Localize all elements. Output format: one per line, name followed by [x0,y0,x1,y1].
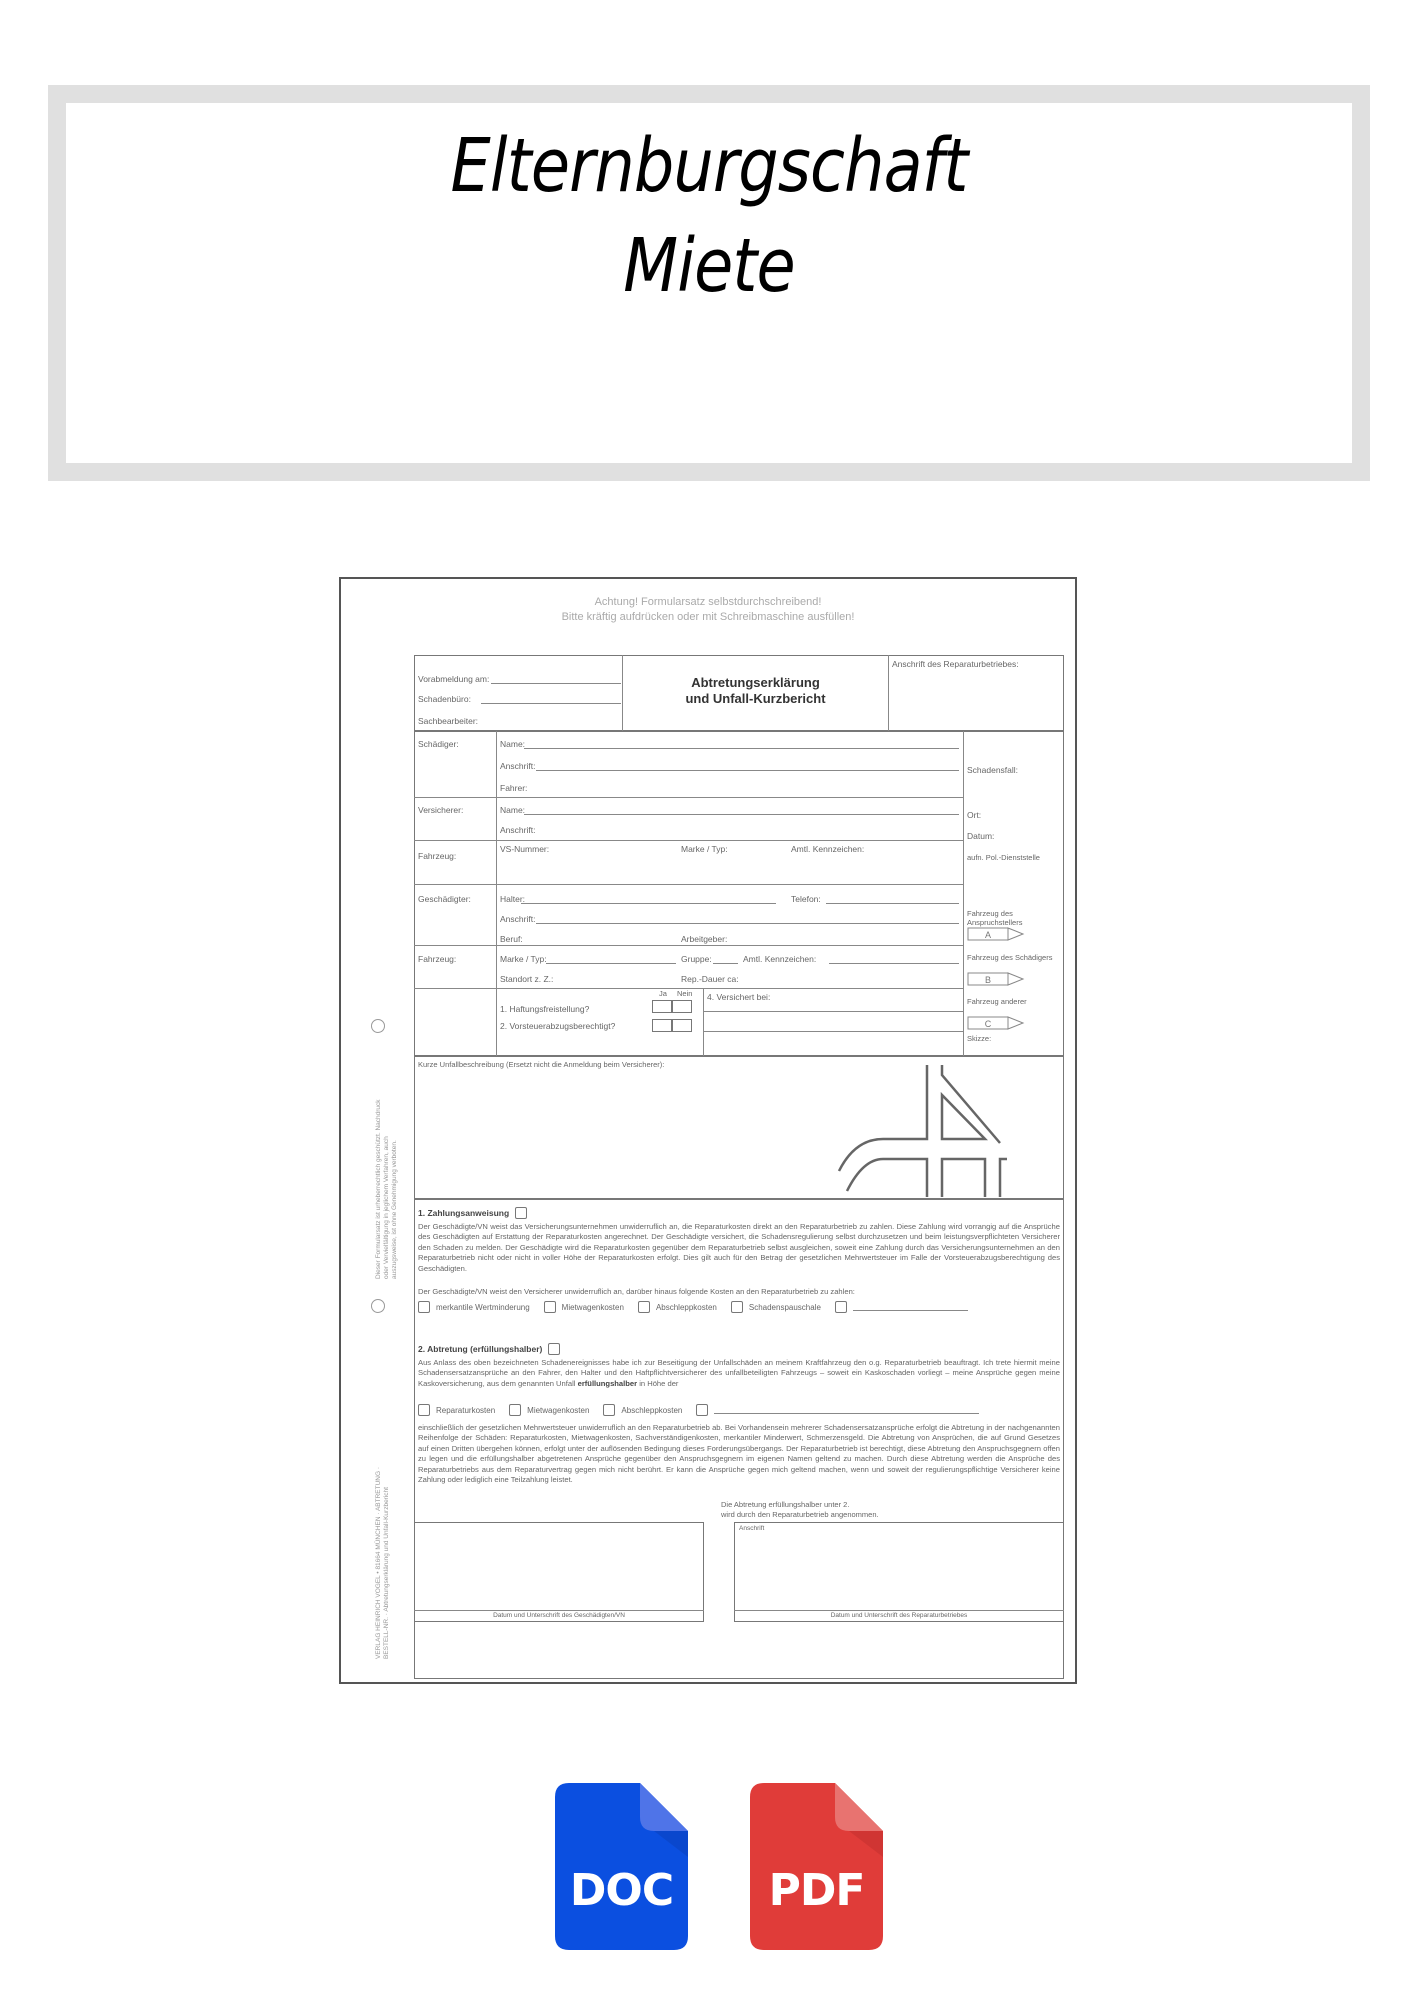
versicherer-label: Versicherer: [418,805,463,815]
option-checkbox[interactable] [696,1404,708,1416]
standort-label: Standort z. Z.: [500,974,553,984]
anschrift-label: Anschrift: [500,914,535,924]
side-publisher-text: VERLAG HEINRICH VOGEL • 81664 MÜNCHEN · … [375,1439,391,1659]
section-2-text: Aus Anlass des oben bezeichneten Schaden… [418,1358,1060,1389]
signature-box-right[interactable] [734,1522,1064,1622]
anschrift-reparatur-label: Anschrift des Reparaturbetriebes: [892,659,1019,669]
section-1-text-2: Der Geschädigte/VN weist den Versicherer… [418,1287,1060,1297]
rep-dauer-label: Rep.-Dauer ca: [681,974,739,984]
name-label: Name: [500,805,525,815]
section-1-text: Der Geschädigte/VN weist das Versicherun… [418,1222,1060,1274]
vorabmeldung-label: Vorabmeldung am: [418,674,489,684]
signature-box-left[interactable] [414,1522,704,1622]
section-2-text-3: einschließlich der gesetzlichen Mehrwert… [418,1423,1060,1485]
ja-checkbox[interactable] [652,1019,672,1032]
schaediger-label: Schädiger: [418,739,459,749]
svg-text:C: C [985,1019,992,1029]
warning-line-2: Bitte kräftig aufdrücken oder mit Schrei… [341,610,1075,625]
kennzeichen-label: Amtl. Kennzeichen: [743,954,816,964]
marke-typ-label: Marke / Typ: [500,954,547,964]
fahrzeug-label: Fahrzeug: [418,954,456,964]
skizze-label: Skizze: [967,1034,991,1043]
accept-text-2: wird durch den Reparaturbetrieb angenomm… [721,1510,879,1519]
marke-typ-label: Marke / Typ: [681,844,728,854]
section-1-title: 1. Zahlungsanweisung [418,1207,533,1219]
anschrift-label: Anschrift [739,1525,764,1532]
section-1-checkbox[interactable] [515,1207,527,1219]
form-preview: Achtung! Formularsatz selbstdurchschreib… [339,577,1077,1684]
ort-label: Ort: [967,810,981,820]
punch-hole [371,1299,385,1313]
doc-download-button[interactable]: DOC [555,1783,688,1950]
warning-line-1: Achtung! Formularsatz selbstdurchschreib… [341,595,1075,610]
nein-checkbox[interactable] [672,1019,692,1032]
nein-checkbox[interactable] [672,1000,692,1013]
vs-nummer-label: VS-Nummer: [500,844,549,854]
option-checkbox[interactable] [731,1301,743,1313]
arbeitgeber-label: Arbeitgeber: [681,934,727,944]
pol-dienststelle-label: aufn. Pol.-Dienststelle [967,853,1040,862]
signature-left-label: Datum und Unterschrift des Geschädigten/… [414,1612,704,1619]
option-checkbox[interactable] [418,1404,430,1416]
section-2-title: 2. Abtretung (erfüllungshalber) [418,1343,566,1355]
name-label: Name: [500,739,525,749]
geschaedigter-label: Geschädigter: [418,894,471,904]
ja-label: Ja [659,989,667,998]
versichert-bei-label: 4. Versichert bei: [707,992,770,1002]
vorsteuerabzug-label: 2. Vorsteuerabzugsberechtigt? [500,1021,615,1031]
option-checkbox[interactable] [509,1404,521,1416]
option-checkbox[interactable] [418,1301,430,1313]
document-title: Elternburgschaft [156,123,1262,209]
unfallbeschreibung-label: Kurze Unfallbeschreibung (Ersetzt nicht … [418,1060,664,1069]
vehicle-a-marker-icon: A [967,927,1027,941]
datum-label: Datum: [967,831,994,841]
anschrift-label: Anschrift: [500,825,535,835]
fahrzeug-c-label: Fahrzeug anderer [967,997,1057,1006]
option-checkbox[interactable] [603,1404,615,1416]
vehicle-c-marker-icon: C [967,1016,1027,1030]
option-checkbox[interactable] [544,1301,556,1313]
haftungsfreistellung-label: 1. Haftungsfreistellung? [500,1004,589,1014]
option-checkbox[interactable] [638,1301,650,1313]
fahrzeug-label: Fahrzeug: [418,851,456,861]
nein-label: Nein [677,989,692,998]
schadenbuero-label: Schadenbüro: [418,694,471,704]
signature-right-label: Datum und Unterschrift des Reparaturbetr… [734,1612,1064,1619]
section-2-checkbox[interactable] [548,1343,560,1355]
vehicle-b-marker-icon: B [967,972,1027,986]
title-card: Elternburgschaft Miete [48,85,1370,481]
section-1-options: merkantile Wertminderung Mietwagenkosten… [418,1301,982,1313]
schadensfall-label: Schadensfall: [967,765,1018,775]
anschrift-label: Anschrift: [500,761,535,771]
section-2-options: Reparaturkosten Mietwagenkosten Abschlep… [418,1404,993,1416]
pdf-download-button[interactable]: PDF [750,1783,883,1950]
road-sketch-icon [835,1063,1060,1199]
svg-text:A: A [985,930,991,940]
fahrzeug-b-label: Fahrzeug des Schädigers [967,953,1057,962]
document-subtitle: Miete [156,223,1262,309]
svg-text:B: B [985,975,991,985]
doc-label: DOC [555,1865,688,1916]
ja-checkbox[interactable] [652,1000,672,1013]
gruppe-label: Gruppe: [681,954,712,964]
fahrzeug-a-label: Fahrzeug des Anspruchstellers [967,909,1057,927]
accept-text-1: Die Abtretung erfüllungshalber unter 2. [721,1500,849,1509]
option-checkbox[interactable] [835,1301,847,1313]
fahrer-label: Fahrer: [500,783,527,793]
punch-hole [371,1019,385,1033]
pdf-label: PDF [750,1865,883,1916]
sachbearbeiter-label: Sachbearbeiter: [418,716,478,726]
telefon-label: Telefon: [791,894,821,904]
side-copyright-text: Dieser Formularsatz ist urheberrechtlich… [375,1099,399,1279]
kennzeichen-label: Amtl. Kennzeichen: [791,844,864,854]
beruf-label: Beruf: [500,934,523,944]
form-heading: Abtretungserklärung und Unfall-Kurzberic… [623,675,888,707]
